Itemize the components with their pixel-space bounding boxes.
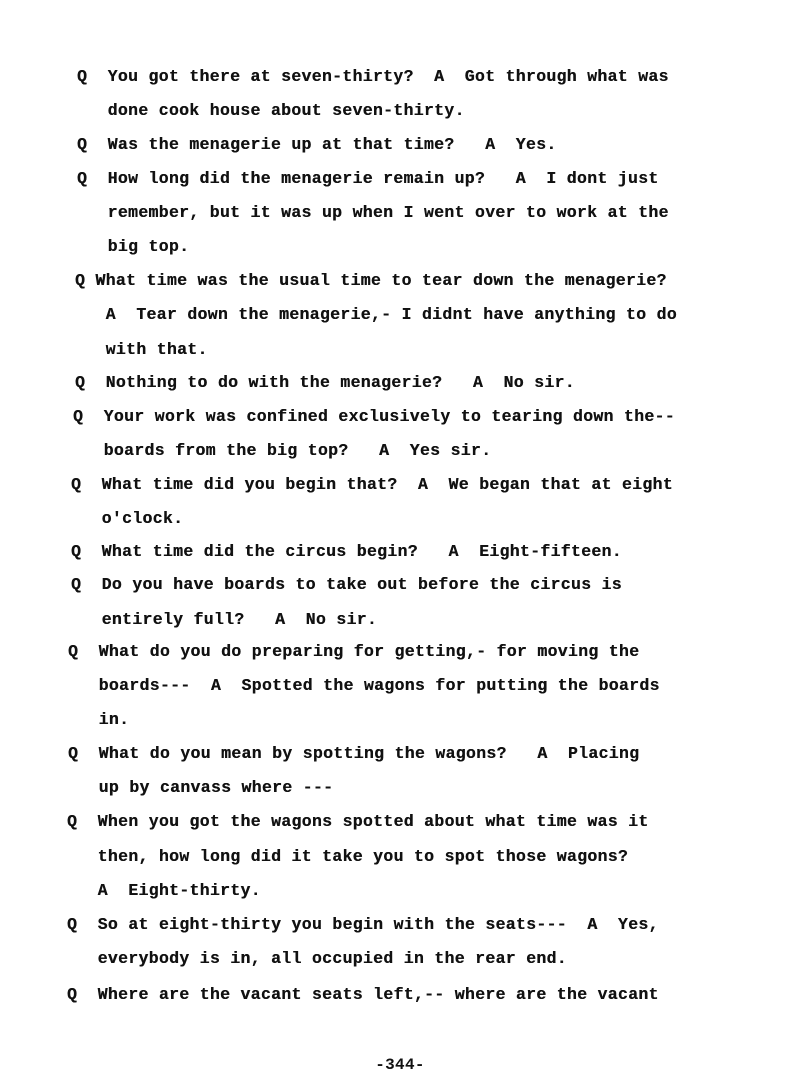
- transcript-line: Q What do you do preparing for getting,-…: [68, 642, 639, 662]
- transcript-line: Q When you got the wagons spotted about …: [67, 812, 649, 832]
- transcript-line: entirely full? A No sir.: [71, 610, 377, 630]
- transcript-line: everybody is in, all occupied in the rea…: [67, 949, 567, 969]
- transcript-line: Q What time did the circus begin? A Eigh…: [71, 542, 622, 562]
- transcript-line: remember, but it was up when I went over…: [77, 203, 669, 223]
- transcript-line: Q What do you mean by spotting the wagon…: [68, 744, 639, 764]
- transcript-line: Q Nothing to do with the menagerie? A No…: [75, 373, 575, 393]
- transcript-line: in.: [68, 710, 129, 730]
- transcript-line: Q How long did the menagerie remain up? …: [77, 169, 659, 189]
- transcript-line: then, how long did it take you to spot t…: [67, 847, 628, 867]
- transcript-line: up by canvass where ---: [68, 778, 333, 798]
- transcript-line: Q What time did you begin that? A We beg…: [71, 475, 673, 495]
- transcript-line: Q What time was the usual time to tear d…: [75, 271, 667, 291]
- page-number: -344-: [0, 1055, 800, 1075]
- transcript-line: boards from the big top? A Yes sir.: [73, 441, 491, 461]
- transcript-line: Q You got there at seven-thirty? A Got t…: [77, 67, 669, 87]
- transcript-line: with that.: [75, 340, 208, 360]
- transcript-line: done cook house about seven-thirty.: [77, 101, 465, 121]
- transcript-line: o'clock.: [71, 509, 183, 529]
- transcript-line: boards--- A Spotted the wagons for putti…: [68, 676, 660, 696]
- transcript-line: big top.: [77, 237, 189, 257]
- transcript-line: Q So at eight-thirty you begin with the …: [67, 915, 659, 935]
- transcript-line: Q Do you have boards to take out before …: [71, 575, 622, 595]
- transcript-line: Q Your work was confined exclusively to …: [73, 407, 675, 427]
- transcript-line: Q Was the menagerie up at that time? A Y…: [77, 135, 556, 155]
- transcript-page: Q You got there at seven-thirty? A Got t…: [0, 0, 800, 1077]
- transcript-line: Q Where are the vacant seats left,-- whe…: [67, 985, 659, 1005]
- transcript-line: A Eight-thirty.: [67, 881, 261, 901]
- transcript-line: A Tear down the menagerie,- I didnt have…: [75, 305, 677, 325]
